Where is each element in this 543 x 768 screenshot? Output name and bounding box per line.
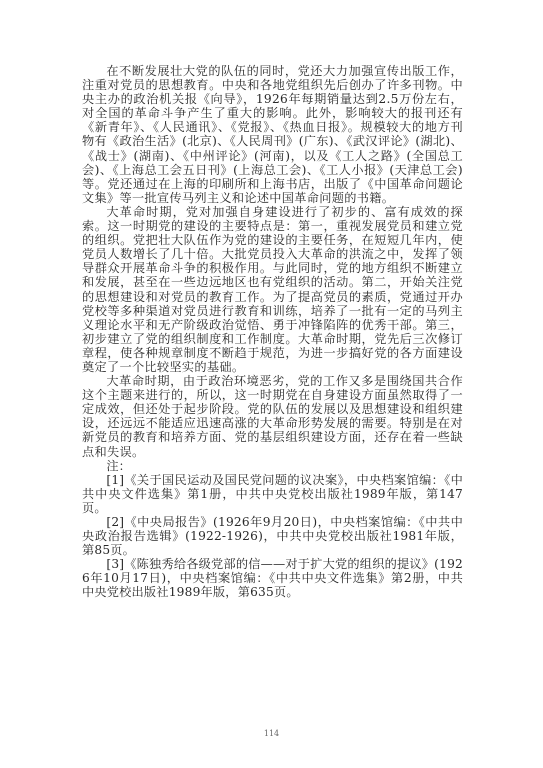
document-page: 在不断发展壮大党的队伍的同时，党还大力加强宣传出版工作，注重对党员的思想教育。中… (82, 64, 463, 600)
notes-heading: 注： (82, 459, 463, 473)
footnote-1: [1]《关于国民运动及国民党问题的议决案》，中央档案馆编：《中共中央文件选集》第… (82, 473, 463, 515)
page-number: 114 (0, 729, 543, 738)
paragraph-party-building: 大革命时期，党对加强自身建设进行了初步的、富有成效的探索。这一时期党的建设的主要… (82, 205, 463, 374)
footnote-3: [3]《陈独秀给各级党部的信——对于扩大党的组织的提议》(1926年10月17日… (82, 557, 463, 599)
paragraph-shortcomings: 大革命时期，由于政治环境恶劣，党的工作又多是围绕国共合作这个主题来进行的，所以，… (82, 374, 463, 459)
footnote-2: [2]《中央局报告》(1926年9月20日)，中央档案馆编：《中共中央政治报告选… (82, 515, 463, 557)
paragraph-propaganda-work: 在不断发展壮大党的队伍的同时，党还大力加强宣传出版工作，注重对党员的思想教育。中… (82, 64, 463, 205)
